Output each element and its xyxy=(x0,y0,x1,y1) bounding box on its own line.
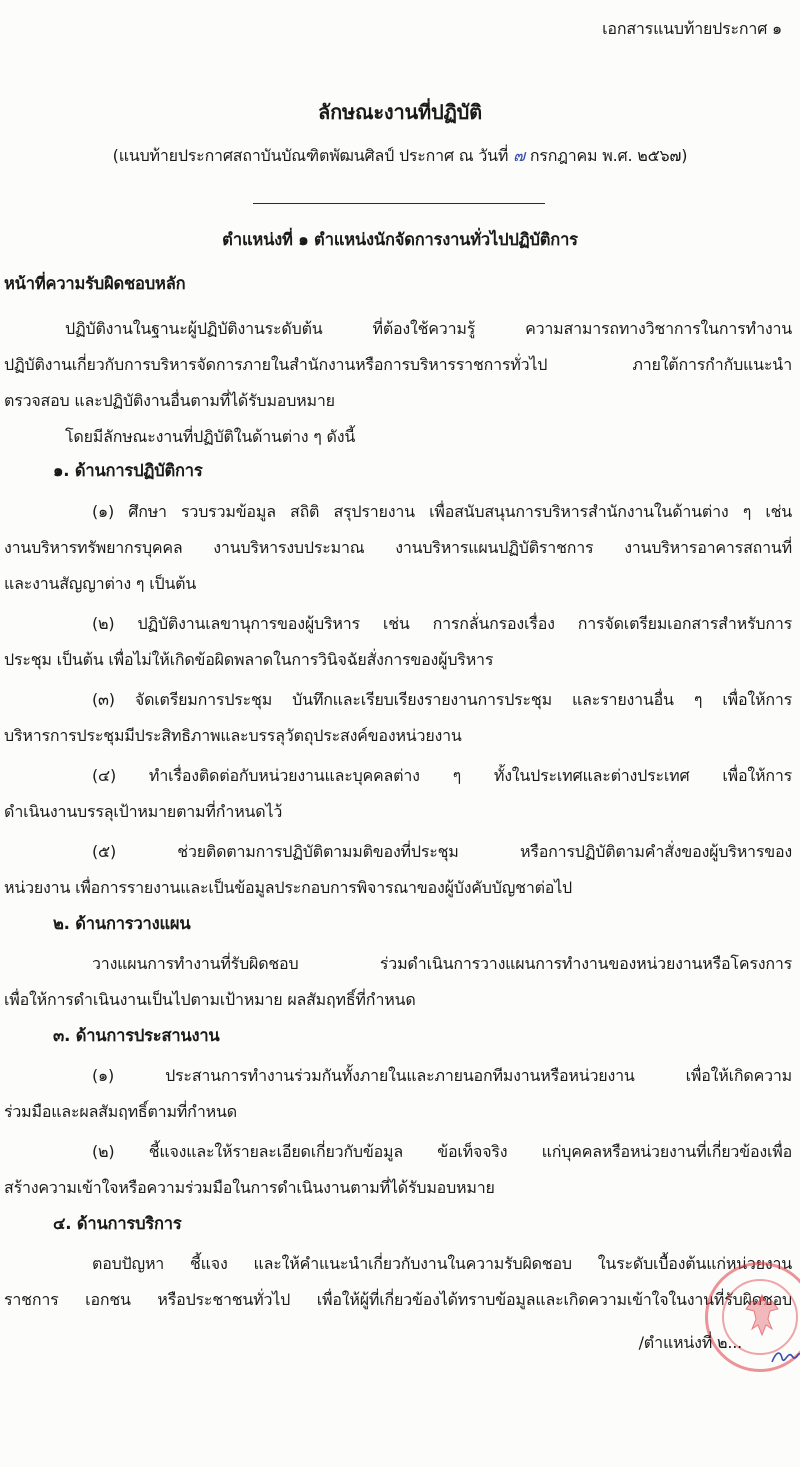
section-1-item-3-line: บริหารการประชุมมีประสิทธิภาพและบรรลุวัตถ… xyxy=(4,724,462,748)
section-1-item-5-line: หน่วยงาน เพื่อการรายงานและเป็นข้อมูลประก… xyxy=(4,876,572,900)
document-subtitle: (แนบท้ายประกาศสถาบันบัณฑิตพัฒนศิลป์ ประก… xyxy=(0,144,800,168)
document-title: ลักษณะงานที่ปฏิบัติ xyxy=(0,100,800,124)
garuda-emblem-icon xyxy=(742,1291,782,1341)
section-3-item-1-line: (๑) ประสานการทำงานร่วมกันทั้งภายในและภาย… xyxy=(92,1064,792,1088)
section-3-item-2-line: (๒) ชี้แจงและให้รายละเอียดเกี่ยวกับข้อมู… xyxy=(92,1140,792,1164)
document-page: เอกสารแนบท้ายประกาศ ๑ ลักษณะงานที่ปฏิบัต… xyxy=(0,0,800,1467)
section-2-line: เพื่อให้การดำเนินงานเป็นไปตามเป้าหมาย ผล… xyxy=(4,988,416,1012)
section-1-item-4-line: (๔) ทำเรื่องติดต่อกับหน่วยงานและบุคคลต่า… xyxy=(92,764,792,788)
main-duties-intro: โดยมีลักษณะงานที่ปฏิบัติในด้านต่าง ๆ ดัง… xyxy=(65,425,355,449)
section-2-line: วางแผนการทำงานที่รับผิดชอบ ร่วมดำเนินการ… xyxy=(92,952,792,976)
section-1-item-3-line: (๓) จัดเตรียมการประชุม บันทึกและเรียบเรี… xyxy=(92,688,792,712)
section-1-item-1-line: งานบริหารทรัพยากรบุคคล งานบริหารงบประมาณ… xyxy=(4,536,792,560)
section-1-item-1-line: และงานสัญญาต่าง ๆ เป็นต้น xyxy=(4,572,196,596)
main-duties-heading: หน้าที่ความรับผิดชอบหลัก xyxy=(4,272,185,296)
continuation-marker: /ตำแหน่งที่ ๒... xyxy=(639,1331,742,1355)
horizontal-divider xyxy=(253,203,545,204)
section-heading-operations: ๑. ด้านการปฏิบัติการ xyxy=(53,459,203,483)
section-4-line: ตอบปัญหา ชี้แจง และให้คำแนะนำเกี่ยวกับงา… xyxy=(92,1252,792,1276)
subtitle-prefix: (แนบท้ายประกาศสถาบันบัณฑิตพัฒนศิลป์ ประก… xyxy=(113,146,513,165)
section-1-item-4-line: ดำเนินงานบรรลุเป้าหมายตามที่กำหนดไว้ xyxy=(4,800,282,824)
section-3-item-2-line: สร้างความเข้าใจหรือความร่วมมือในการดำเนิ… xyxy=(4,1176,495,1200)
main-duties-line: ปฏิบัติงานเกี่ยวกับการบริหารจัดการภายในส… xyxy=(4,353,792,377)
section-3-item-1-line: ร่วมมือและผลสัมฤทธิ์ตามที่กำหนด xyxy=(4,1100,237,1124)
section-heading-planning: ๒. ด้านการวางแผน xyxy=(53,912,190,936)
position-title: ตำแหน่งที่ ๑ ตำแหน่งนักจัดการงานทั่วไปปฏ… xyxy=(0,228,800,252)
section-1-item-2-line: ประชุม เป็นต้น เพื่อไม่ให้เกิดข้อผิดพลาด… xyxy=(4,648,493,672)
main-duties-line: ตรวจสอบ และปฏิบัติงานอื่นตามที่ได้รับมอบ… xyxy=(4,389,335,413)
section-1-item-5-line: (๕) ช่วยติดตามการปฏิบัติตามมติของที่ประช… xyxy=(92,840,792,864)
section-heading-service: ๔. ด้านการบริการ xyxy=(53,1212,182,1236)
section-heading-coordination: ๓. ด้านการประสานงาน xyxy=(53,1024,219,1048)
signature-icon xyxy=(770,1346,800,1366)
section-4-line: ราชการ เอกชน หรือประชาชนทั่วไป เพื่อให้ผ… xyxy=(4,1288,792,1312)
section-1-item-1-line: (๑) ศึกษา รวบรวมข้อมูล สถิติ สรุปรายงาน … xyxy=(92,500,792,524)
handwritten-day: ๗ xyxy=(513,146,525,165)
main-duties-line: ปฏิบัติงานในฐานะผู้ปฏิบัติงานระดับต้น ที… xyxy=(65,317,792,341)
section-1-item-2-line: (๒) ปฏิบัติงานเลขานุการของผู้บริหาร เช่น… xyxy=(92,612,792,636)
subtitle-suffix: กรกฎาคม พ.ศ. ๒๕๖๗) xyxy=(525,146,687,165)
attachment-reference: เอกสารแนบท้ายประกาศ ๑ xyxy=(602,17,782,41)
